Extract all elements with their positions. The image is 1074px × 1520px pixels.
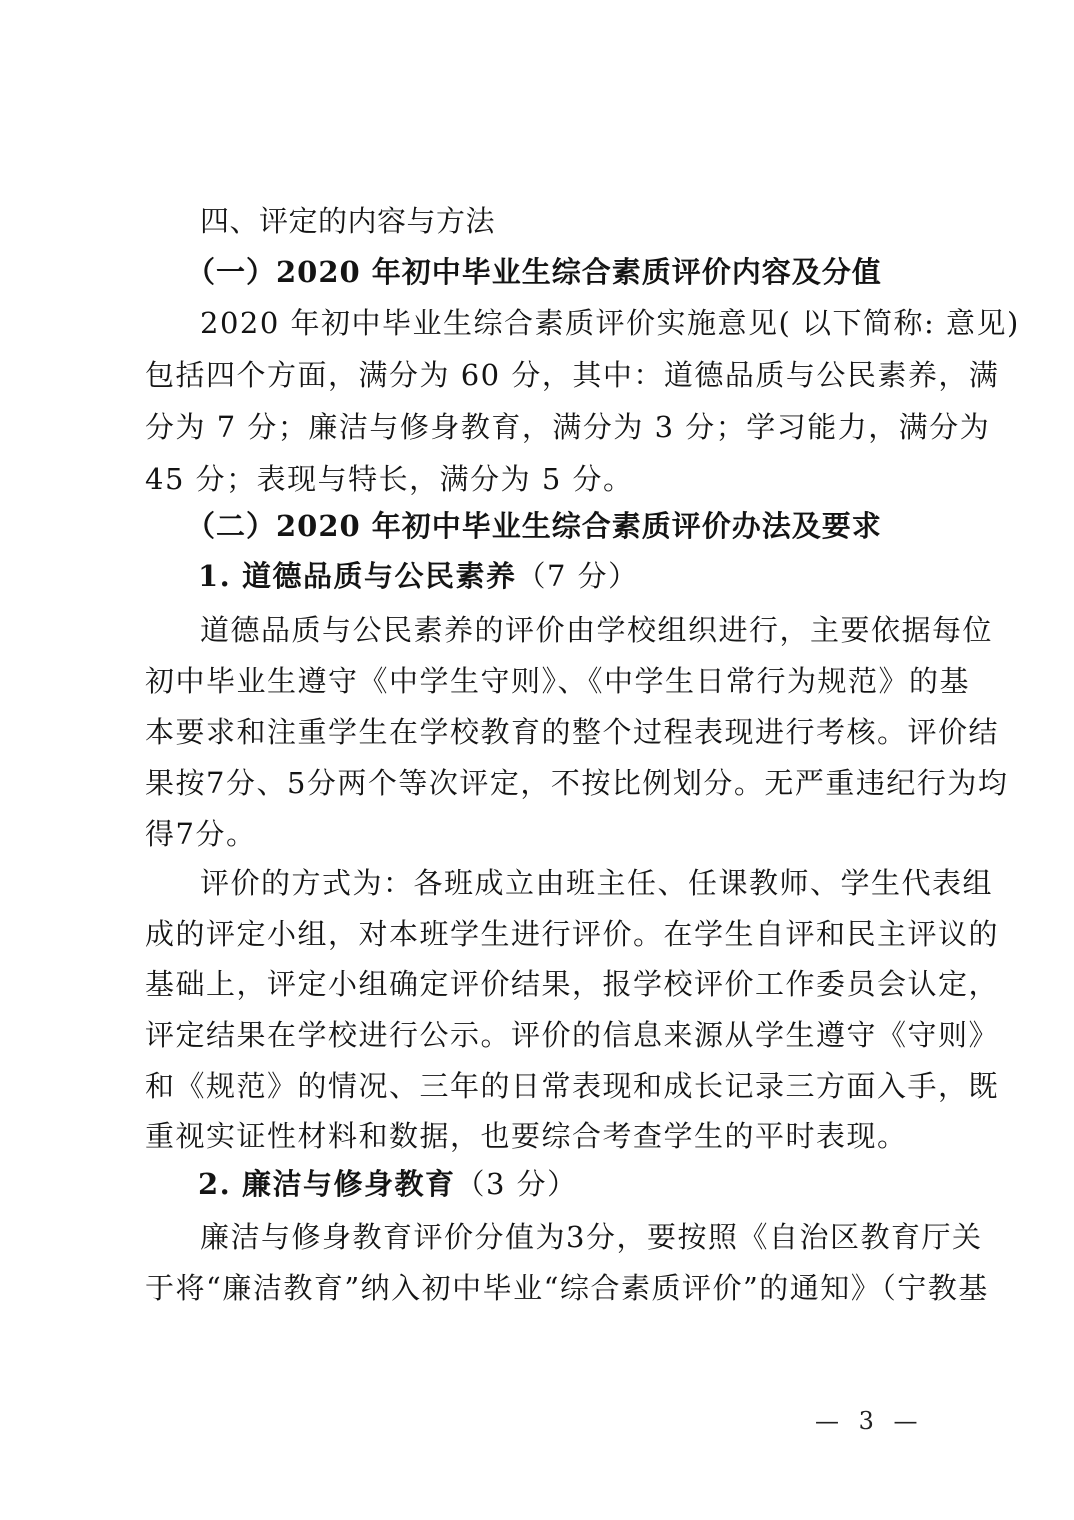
- item-1-heading-text: 道德品质与公民素养: [242, 559, 517, 593]
- item-1-score: （7 分）: [517, 559, 639, 593]
- paragraph-line: 重视实证性材料和数据，也要综合考查学生的平时表现。: [145, 1116, 945, 1156]
- paragraph-line: 成的评定小组，对本班学生进行评价。在学生自评和民主评议的: [145, 914, 940, 954]
- paragraph-line: 2020 年初中毕业生综合素质评价实施意见( 以下简称: 意见): [200, 303, 1000, 343]
- paragraph-line: 道德品质与公民素养的评价由学校组织进行，主要依据每位: [200, 610, 1000, 650]
- paragraph-line: 本要求和注重学生在学校教育的整个过程表现进行考核。评价结: [145, 712, 940, 752]
- paragraph-line: 廉洁与修身教育评价分值为3分，要按照《自治区教育厅关: [200, 1217, 1000, 1257]
- section-title: 四、评定的内容与方法: [200, 201, 1000, 241]
- paragraph-line: 评价的方式为：各班成立由班主任、任课教师、学生代表组: [200, 863, 1000, 903]
- paragraph-line: 基础上，评定小组确定评价结果，报学校评价工作委员会认定，: [145, 964, 940, 1004]
- subsection-1-title: （一）2020 年初中毕业生综合素质评价内容及分值: [186, 252, 986, 292]
- item-2-score: （3 分）: [456, 1167, 578, 1201]
- page-number: — 3 —: [815, 1406, 924, 1436]
- item-1-heading: 1. 道德品质与公民素养（7 分）: [198, 556, 998, 596]
- document-page: 四、评定的内容与方法 （一）2020 年初中毕业生综合素质评价内容及分值 202…: [0, 0, 1074, 1520]
- paragraph-line: 分为 7 分；廉洁与修身教育，满分为 3 分；学习能力，满分为: [145, 407, 940, 447]
- paragraph-line: 评定结果在学校进行公示。评价的信息来源从学生遵守《守则》: [145, 1015, 940, 1055]
- paragraph-line: 果按7分、5分两个等次评定，不按比例划分。无严重违纪行为均: [145, 763, 940, 803]
- paragraph-line: 和《规范》的情况、三年的日常表现和成长记录三方面入手，既: [145, 1066, 940, 1106]
- item-2-number: 2.: [198, 1167, 231, 1201]
- paragraph-line: 初中毕业生遵守《中学生守则》、《中学生日常行为规范》的基: [145, 661, 940, 701]
- paragraph-line: 于将“廉洁教育”纳入初中毕业“综合素质评价”的通知》（宁教基: [145, 1268, 940, 1308]
- paragraph-line: 45 分；表现与特长，满分为 5 分。: [145, 459, 945, 499]
- subsection-2-title: （二）2020 年初中毕业生综合素质评价办法及要求: [186, 506, 986, 546]
- paragraph-line: 包括四个方面，满分为 60 分，其中：道德品质与公民素养，满: [145, 355, 940, 395]
- item-1-number: 1.: [198, 559, 231, 593]
- item-2-heading: 2. 廉洁与修身教育（3 分）: [198, 1164, 998, 1204]
- item-2-heading-text: 廉洁与修身教育: [242, 1167, 456, 1201]
- paragraph-line: 得7分。: [145, 814, 945, 854]
